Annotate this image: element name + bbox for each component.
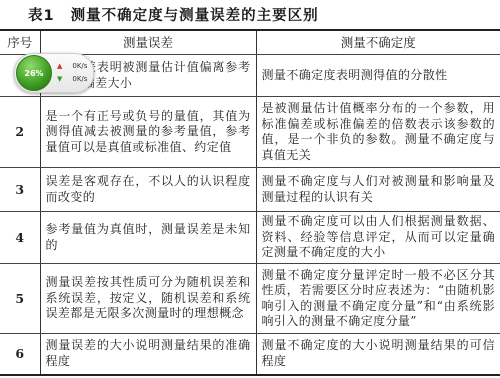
uncertainty-cell: 是被测量估计值概率分布的一个参数，用标准偏差或标准偏差的倍数表示该参数的值，是一… xyxy=(256,97,500,168)
row-index: 4 xyxy=(0,212,40,264)
table-row: 2 是一个有正号或负号的量值，其值为测得值减去被测量的参考量值，参考量值可以是真… xyxy=(0,97,500,168)
row-index: 5 xyxy=(0,264,40,334)
upload-speed: 0K/s xyxy=(72,62,87,70)
table-row: 5 测量误差按其性质可分为随机误差和系统误差，按定义，随机误差和系统误差都是无限… xyxy=(0,264,500,334)
error-cell: 测量误差的大小说明测量结果的准确程度 xyxy=(40,334,256,375)
error-cell: 误差是客观存在，不以人的认识程度而改变的 xyxy=(40,168,256,212)
table-number: 表1 xyxy=(28,8,55,24)
uncertainty-cell: 测量不确定度分量评定时一般不必区分其性质，若需要区分时应表述为：“由随机影响引入… xyxy=(256,264,500,334)
uncertainty-cell: 测量不确定度的大小说明测量结果的可信程度 xyxy=(256,334,500,375)
usage-ring[interactable]: 26% xyxy=(16,55,52,91)
upload-speed-row: ▲ 0K/s xyxy=(57,62,87,70)
table-row: 6 测量误差的大小说明测量结果的准确程度 测量不确定度的大小说明测量结果的可信程… xyxy=(0,334,500,375)
net-speed-widget[interactable]: 26% ▲ 0K/s ▼ 0K/s xyxy=(14,53,94,93)
table-row: 3 误差是客观存在，不以人的认识程度而改变的 测量不确定度与人们对被测量和影响量… xyxy=(0,168,500,212)
table-title: 测量不确定度与测量误差的主要区别 xyxy=(71,8,319,24)
error-cell: 测量误差按其性质可分为随机误差和系统误差，按定义，随机误差和系统误差都是无限多次… xyxy=(40,264,256,334)
header-index: 序号 xyxy=(0,30,40,55)
row-index: 3 xyxy=(0,168,40,212)
row-index: 2 xyxy=(0,97,40,168)
download-speed-row: ▼ 0K/s xyxy=(57,75,87,83)
uncertainty-cell: 测量不确定度与人们对被测量和影响量及测量过程的认识有关 xyxy=(256,168,500,212)
row-index: 6 xyxy=(0,334,40,375)
header-uncertainty: 测量不确定度 xyxy=(256,30,500,55)
table-header-row: 序号 测量误差 测量不确定度 xyxy=(0,30,500,55)
usage-percent: 26% xyxy=(24,69,43,78)
arrow-up-icon: ▲ xyxy=(57,62,62,70)
arrow-down-icon: ▼ xyxy=(57,75,62,83)
error-cell: 参考量值为真值时，测量误差是未知的 xyxy=(40,212,256,264)
table-row: 4 参考量值为真值时，测量误差是未知的 测量不确定度可以由人们根据测量数据、资料… xyxy=(0,212,500,264)
table-caption: 表1测量不确定度与测量误差的主要区别 xyxy=(28,4,319,25)
download-speed: 0K/s xyxy=(72,75,87,83)
header-error: 测量误差 xyxy=(40,30,256,55)
uncertainty-cell: 测量不确定度表明测得值的分散性 xyxy=(256,55,500,97)
uncertainty-cell: 测量不确定度可以由人们根据测量数据、资料、经验等信息评定，从而可以定量确定测量不… xyxy=(256,212,500,264)
error-cell: 是一个有正号或负号的量值，其值为测得值减去被测量的参考量值，参考量值可以是真值或… xyxy=(40,97,256,168)
